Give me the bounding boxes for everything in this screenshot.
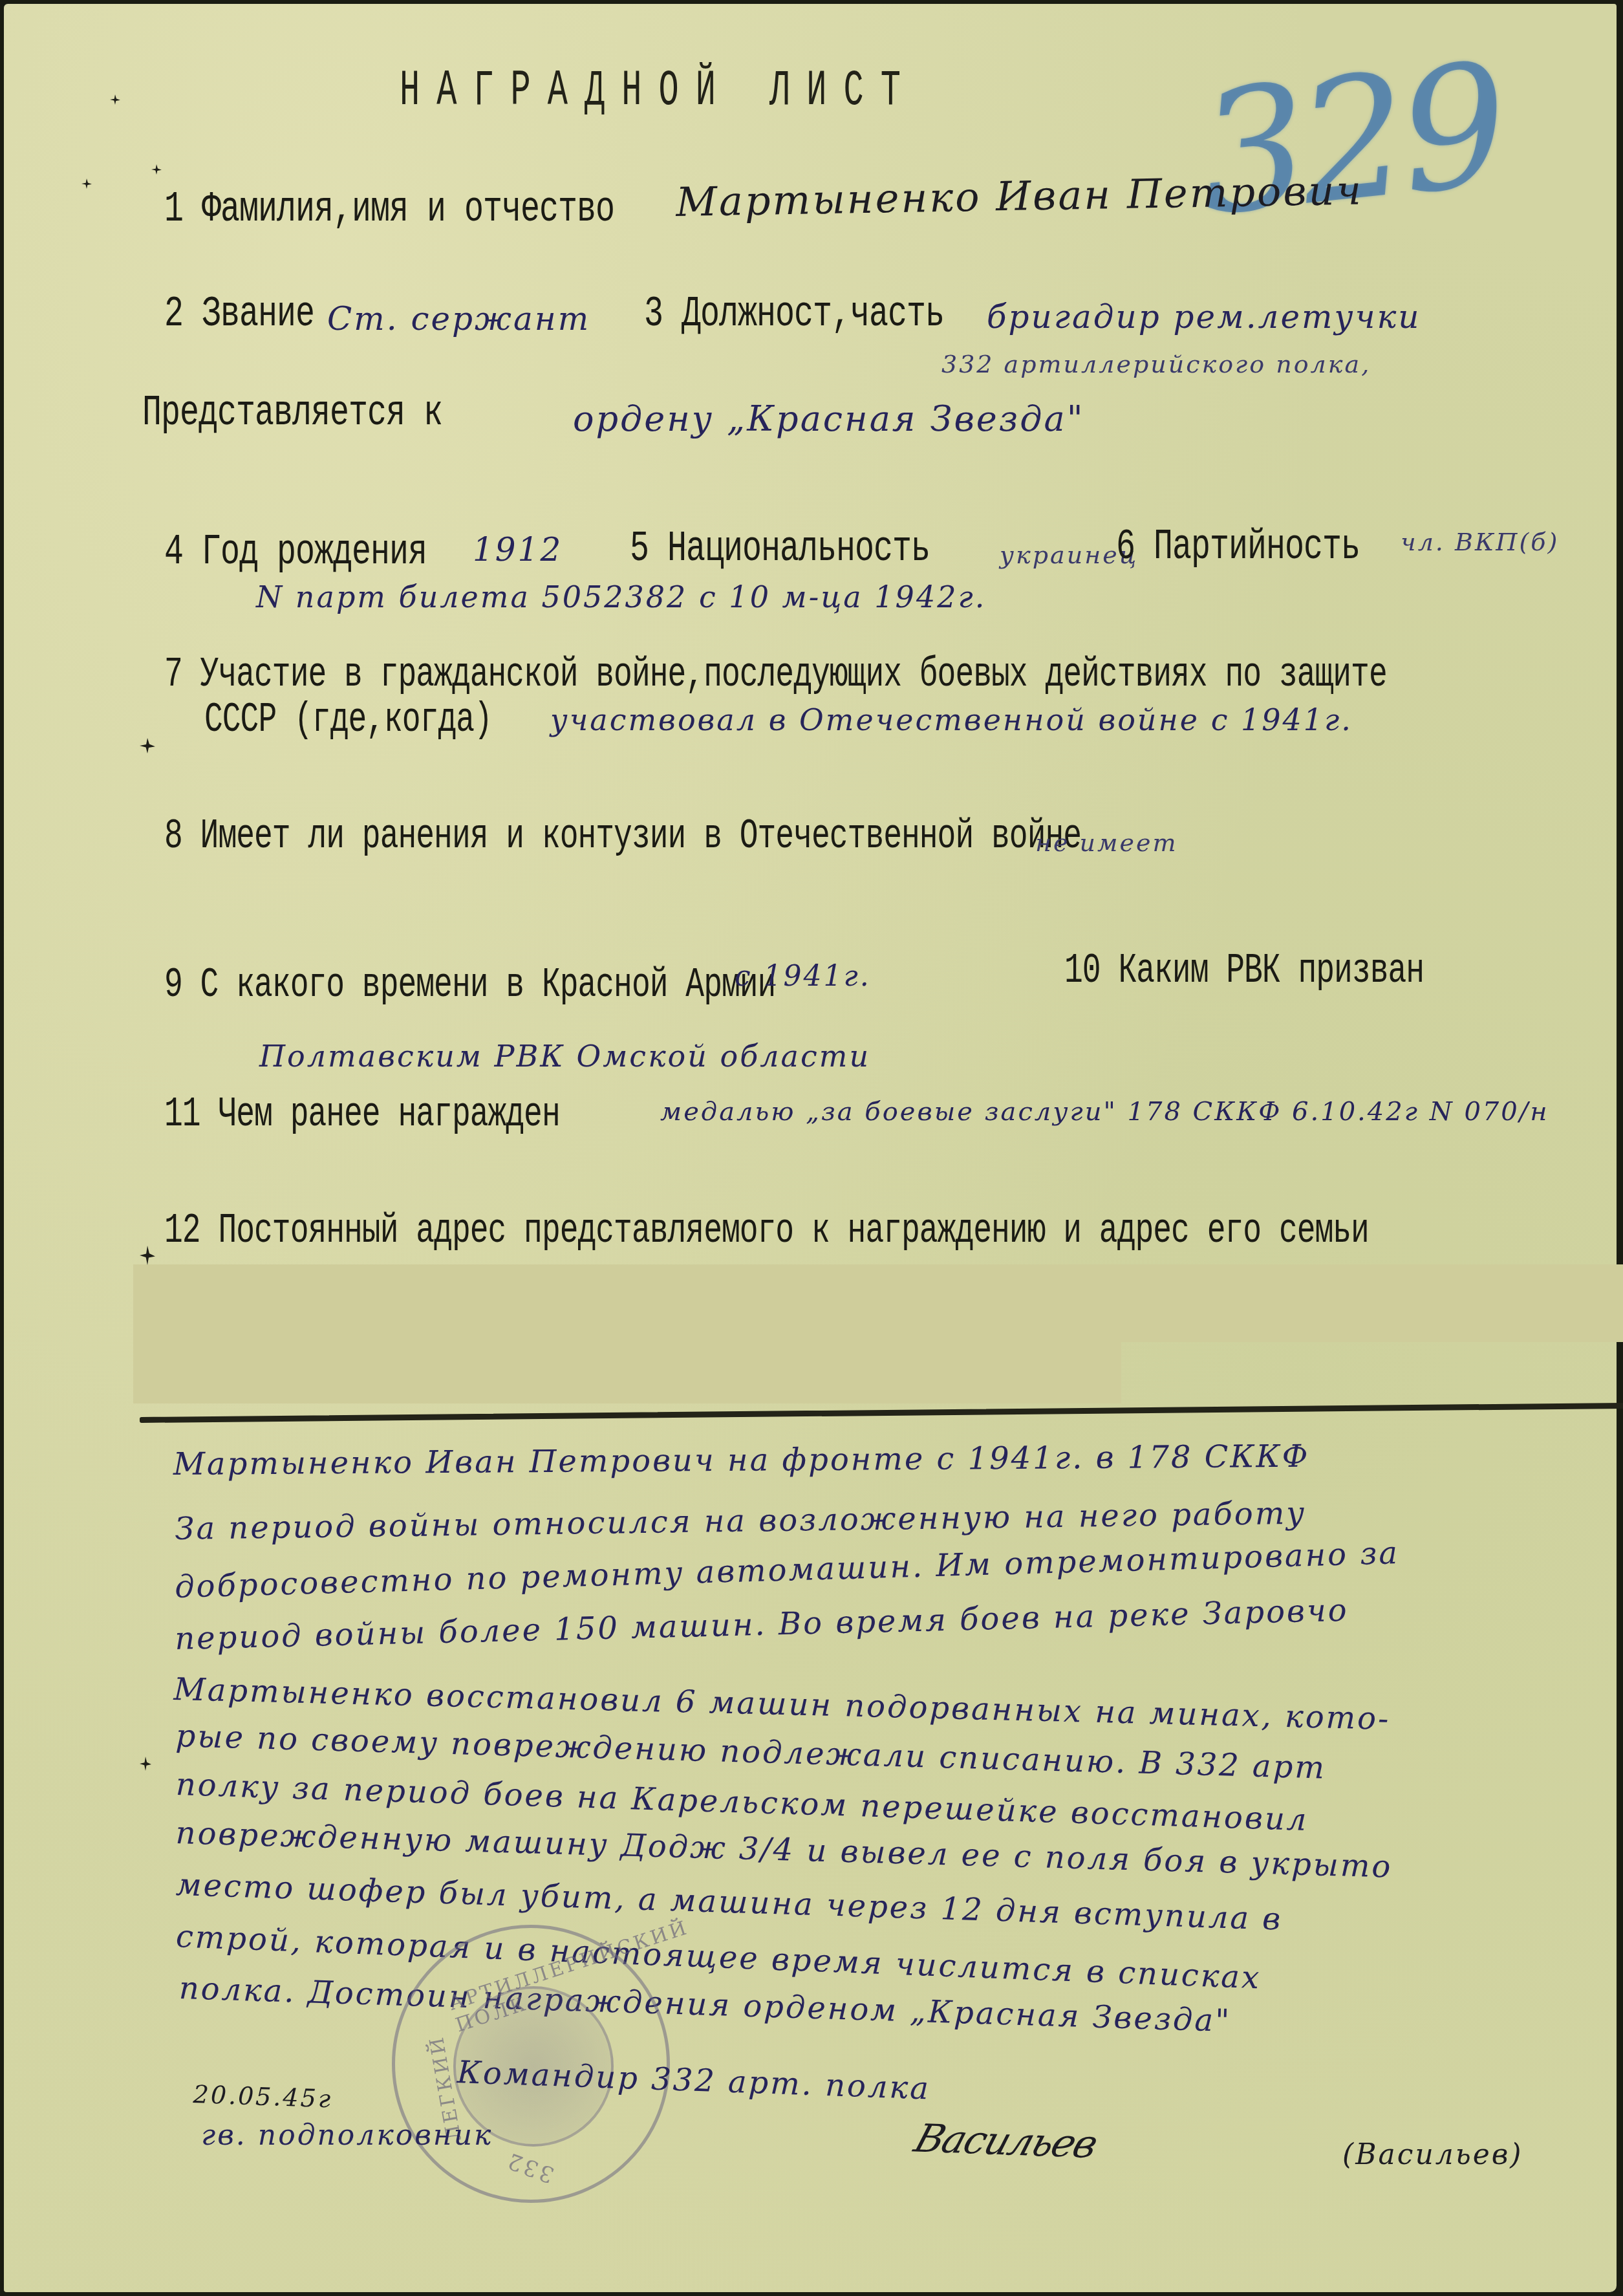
- field-10-value: Полтавским РВК Омской области: [259, 1039, 870, 1074]
- section-divider: [140, 1403, 1623, 1423]
- binding-hole: [140, 738, 155, 753]
- field-11-value: медалью „за боевые заслуги" 178 СККФ 6.1…: [660, 1097, 1549, 1127]
- field-3-label: 3 Должност,часть: [644, 290, 944, 340]
- field-3-value-line2: 332 артиллерийского полка,: [941, 350, 1371, 378]
- field-9-value: с 1941г.: [735, 960, 871, 993]
- field-8-label: 8 Имеет ли ранения и контузии в Отечеств…: [164, 813, 1081, 860]
- commander-rank: гв. подполковник: [201, 2119, 493, 2152]
- binding-hole: [110, 94, 120, 105]
- field-5-label: 5 Национальность: [630, 525, 930, 574]
- field-3-value: бригадир рем.летучки: [987, 298, 1421, 336]
- binding-hole: [151, 164, 162, 175]
- seal-text-bottom: 332: [502, 2147, 557, 2188]
- commander-signature: Васильев: [909, 2116, 1102, 2167]
- field-2-value: Ст. сержант: [327, 300, 590, 338]
- binding-hole: [140, 1246, 155, 1265]
- field-2-label: 2 Звание: [164, 290, 314, 340]
- field-8-value: не имеет: [1035, 829, 1178, 857]
- field-11-label: 11 Чем ранее награжден: [164, 1091, 560, 1138]
- field-7-label-line2: СССР (где,когда): [204, 697, 492, 744]
- field-4-label: 4 Год рождения: [164, 528, 427, 578]
- field-12-label: 12 Постоянный адрес представляемого к на…: [164, 1208, 1369, 1255]
- field-9-label: 9 С какого времени в Красной Армии: [164, 962, 775, 1009]
- party-card-number: N парт билета 5052382 с 10 м-ца 1942г.: [256, 579, 986, 614]
- document-title: НАГРАДНОЙ ЛИСТ: [400, 63, 918, 120]
- field-10-label: 10 Каким РВК призван: [1064, 948, 1424, 995]
- archive-number: 329: [1190, 27, 1510, 253]
- nomination-label: Представляется к: [142, 389, 442, 439]
- field-4-value: 1912: [473, 531, 563, 569]
- narrative-line: За период войны относился на возложенную…: [175, 1495, 1306, 1547]
- field-6-value: чл. ВКП(б): [1401, 528, 1559, 556]
- redacted-address-block-lower: [133, 1342, 1121, 1403]
- narrative-line: период войны более 150 машин. Во время б…: [175, 1592, 1349, 1657]
- nomination-value: ордену „Красная Звезда": [573, 398, 1085, 439]
- redacted-address-block: [133, 1264, 1623, 1342]
- binding-hole: [81, 179, 92, 189]
- binding-hole: [140, 1757, 151, 1771]
- document-date: 20.05.45г: [193, 2080, 333, 2113]
- award-sheet-paper: 329 НАГРАДНОЙ ЛИСТ 1 Фамилия,имя и отчес…: [4, 4, 1617, 2292]
- commander-name: (Васильев): [1342, 2138, 1523, 2171]
- field-6-label: 6 Партийность: [1116, 523, 1360, 572]
- field-1-label: 1 Фамилия,имя и отчество: [164, 185, 614, 235]
- field-7-value: участвовал в Отечественной войне с 1941г…: [550, 702, 1353, 737]
- narrative-line: Мартыненко Иван Петрович на фронте с 194…: [173, 1438, 1310, 1482]
- field-7-label: 7 Участие в гражданской войне,последующи…: [164, 651, 1387, 699]
